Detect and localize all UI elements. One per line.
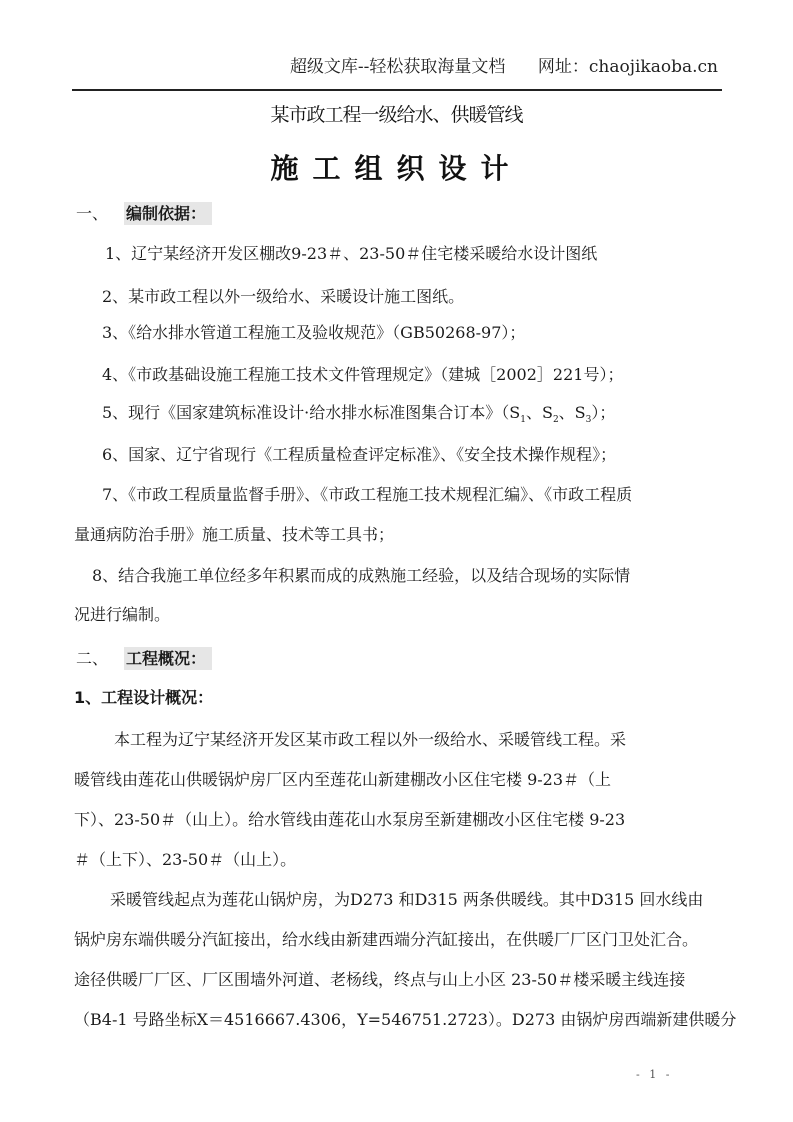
subsection-heading: 1、工程设计概况： — [74, 686, 724, 710]
list-item-4: 4、《市政基础设施工程施工技术文件管理规定》（建城［2002］221号）； — [102, 363, 752, 387]
document-title: 施工组织设计 — [0, 147, 793, 187]
paragraph-2-line-3: 途径供暖厂厂区、厂区围墙外河道、老杨线，终点与山上小区 23-50＃楼采暖主线连… — [74, 968, 724, 992]
paragraph-1-line-1: 本工程为辽宁某经济开发区某市政工程以外一级给水、采暖管线工程。采 — [114, 728, 764, 752]
list-item-8-line-1: 8、结合我施工单位经多年积累而成的成熟施工经验，以及结合现场的实际情 — [92, 564, 742, 588]
paragraph-1-line-3: 下）、23-50＃（山上）。给水管线由莲花山水泵房至新建棚改小区住宅楼 9-23 — [74, 808, 724, 832]
section-title: 编制依据： — [124, 202, 212, 225]
list-item-7-line-1: 7、《市政工程质量监督手册》、《市政工程施工技术规程汇编》、《市政工程质 — [102, 483, 752, 507]
list-item-2: 2、某市政工程以外一级给水、采暖设计施工图纸。 — [102, 285, 752, 309]
list-item-6: 6、国家、辽宁省现行《工程质量检查评定标准》、《安全技术操作规程》； — [102, 443, 752, 467]
site-slogan: 超级文库--轻松获取海量文档 — [290, 57, 506, 77]
section-title: 工程概况： — [124, 647, 212, 670]
section-heading-2: 二、工程概况： — [76, 647, 726, 671]
page-number: - 1 - — [636, 1068, 672, 1081]
list-item-5: 5、现行《国家建筑标准设计·给水排水标准图集合订本》（S1、S2、S3）； — [102, 401, 752, 432]
list-item-1: 1、辽宁某经济开发区棚改9-23＃、23-50＃住宅楼采暖给水设计图纸 — [105, 242, 755, 266]
paragraph-1-line-4: ＃（上下）、23-50＃（山上）。 — [74, 848, 724, 872]
site-url[interactable]: chaojikaoba.cn — [589, 57, 718, 77]
list-item-8-line-2: 况进行编制。 — [74, 603, 724, 627]
section-number: 一、 — [76, 202, 124, 226]
page-header: 超级文库--轻松获取海量文档 网址：chaojikaoba.cn — [0, 52, 718, 77]
header-divider — [72, 89, 722, 91]
list-item-7-line-2: 量通病防治手册》施工质量、技术等工具书； — [74, 523, 724, 547]
paragraph-2-line-4: （B4-1 号路坐标X＝4516667.4306，Y=546751.2723）。… — [74, 1008, 724, 1032]
site-url-label: 网址： — [538, 57, 589, 77]
section-heading-1: 一、编制依据： — [76, 202, 726, 226]
list-item-3: 3、《给水排水管道工程施工及验收规范》（GB50268-97）； — [102, 321, 752, 345]
document-subtitle: 某市政工程一级给水、供暖管线 — [0, 100, 793, 127]
paragraph-1-line-2: 暖管线由莲花山供暖锅炉房厂区内至莲花山新建棚改小区住宅楼 9-23＃（上 — [74, 768, 724, 792]
paragraph-2-line-2: 锅炉房东端供暖分汽缸接出，给水线由新建西端分汽缸接出，在供暖厂厂区门卫处汇合。 — [74, 928, 724, 952]
section-number: 二、 — [76, 647, 124, 671]
paragraph-2-line-1: 采暖管线起点为莲花山锅炉房，为D273 和D315 两条供暖线。其中D315 回… — [110, 888, 760, 912]
